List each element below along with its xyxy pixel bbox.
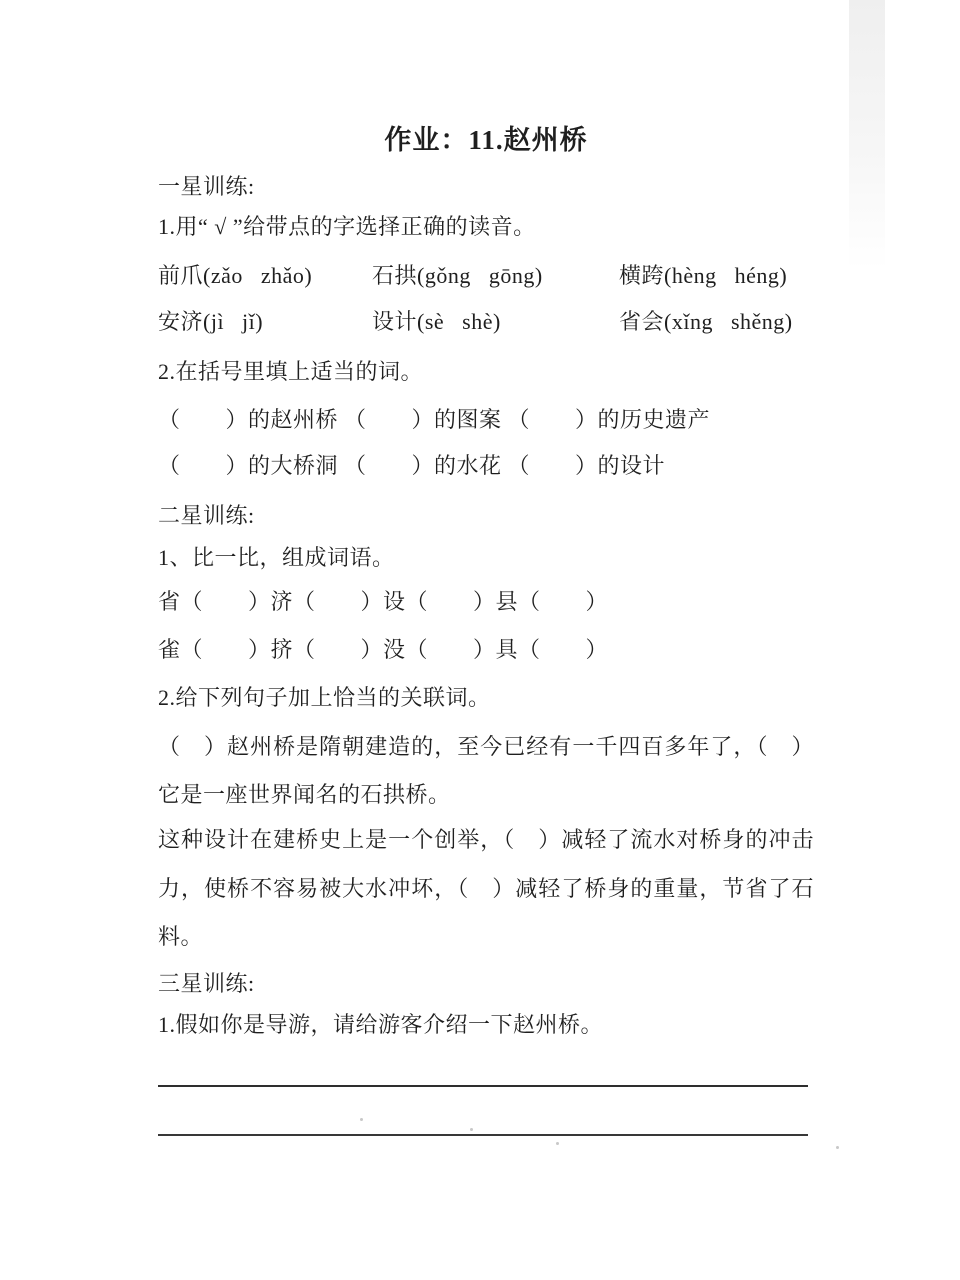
worksheet-page: 作业：11.赵州桥 一星训练: 1.用“ √ ”给带点的字选择正确的读音。 前爪… xyxy=(0,0,960,1280)
word-build-row: 省（ ）济（ ）设（ ）县（ ） xyxy=(158,586,814,618)
pinyin-row-2: 安济(jì jǐ) 设计(sè shè) 省会(xǐng shěng) xyxy=(158,306,858,338)
sentence-2-line-2: 力，使桥不容易被大水冲坏，（ ）减轻了桥身的重量，节省了石 xyxy=(158,873,814,905)
scan-speck xyxy=(556,1142,559,1145)
doc-title: 作业：11.赵州桥 xyxy=(158,120,814,160)
question-fill-words: 2.在括号里填上适当的词。 xyxy=(158,356,814,388)
scan-speck xyxy=(360,1118,363,1121)
scan-artifact-strip xyxy=(849,0,885,270)
question-compare-words: 1、比一比，组成词语。 xyxy=(158,542,814,574)
sentence-1-line-2: 它是一座世界闻名的石拱桥。 xyxy=(158,779,814,811)
pinyin-item: 安济(jì jǐ) xyxy=(158,306,372,338)
sentence-1-line-1: （ ）赵州桥是隋朝建造的，至今已经有一千四百多年了，（ ） xyxy=(158,731,814,763)
pinyin-item: 省会(xǐng shěng) xyxy=(619,306,858,338)
fill-blank-row: （ ）的大桥洞 （ ）的水花 （ ）的设计 xyxy=(158,450,814,482)
pinyin-item: 设计(sè shè) xyxy=(372,306,619,338)
sentence-2-line-3: 料。 xyxy=(158,921,814,953)
section-3-heading: 三星训练: xyxy=(158,968,814,1000)
sentence-2-line-1: 这种设计在建桥史上是一个创举，（ ）减轻了流水对桥身的冲击 xyxy=(158,824,814,856)
scan-speck xyxy=(836,1146,839,1149)
section-2-heading: 二星训练: xyxy=(158,500,814,532)
answer-line xyxy=(158,1134,808,1136)
pinyin-item: 横跨(hèng héng) xyxy=(619,260,858,292)
word-build-row: 雀（ ）挤（ ）没（ ）具（ ） xyxy=(158,634,814,666)
question-choose-pronunciation: 1.用“ √ ”给带点的字选择正确的读音。 xyxy=(158,211,814,243)
fill-blank-row: （ ）的赵州桥 （ ）的图案 （ ）的历史遗产 xyxy=(158,404,814,436)
question-tour-guide: 1.假如你是导游，请给游客介绍一下赵州桥。 xyxy=(158,1009,814,1041)
pinyin-row-1: 前爪(zǎo zhǎo) 石拱(gǒng gōng) 横跨(hèng héng) xyxy=(158,260,858,292)
scan-speck xyxy=(470,1128,473,1131)
pinyin-item: 前爪(zǎo zhǎo) xyxy=(158,260,372,292)
pinyin-item: 石拱(gǒng gōng) xyxy=(372,260,619,292)
question-conjunctions: 2.给下列句子加上恰当的关联词。 xyxy=(158,682,814,714)
answer-line xyxy=(158,1085,808,1087)
section-1-heading: 一星训练: xyxy=(158,171,814,203)
